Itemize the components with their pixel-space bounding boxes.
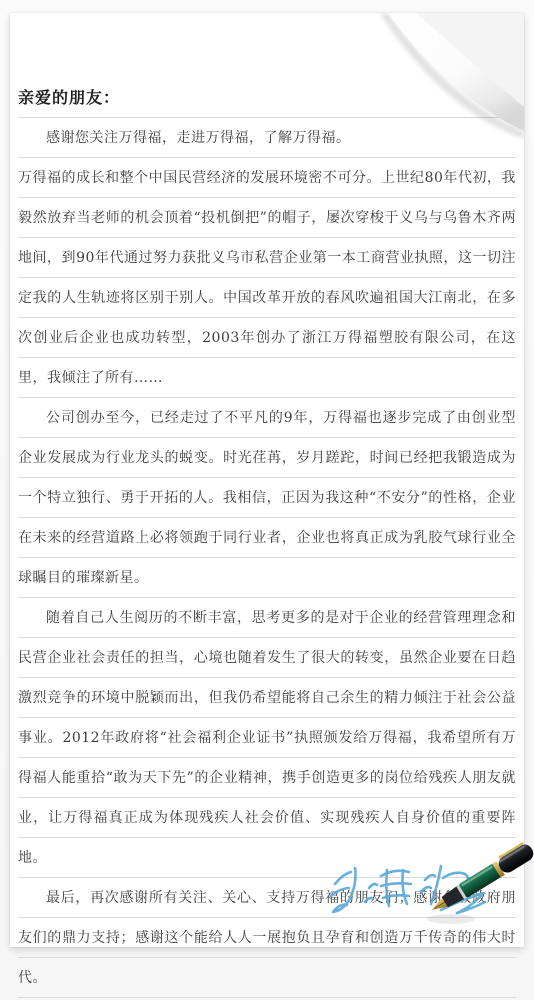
letter-paragraph: 公司创办至今，已经走过了不平凡的9年，万得福也逐步完成了由创业型企业发展成为行业… [18, 398, 516, 598]
letter-paragraph: 万得福的成长和整个中国民营经济的发展环境密不可分。上世纪80年代初，我毅然放弃当… [18, 158, 516, 398]
signature-area [290, 828, 524, 958]
letter-page: 亲爱的朋友： 感谢您关注万得福，走进万得福，了解万得福。 万得福的成长和整个中国… [0, 0, 534, 1000]
letter-paper: 亲爱的朋友： 感谢您关注万得福，走进万得福，了解万得福。 万得福的成长和整个中国… [10, 13, 524, 947]
fountain-pen-icon [399, 833, 534, 933]
page-curl [374, 13, 524, 143]
pen-shadow [427, 914, 475, 924]
